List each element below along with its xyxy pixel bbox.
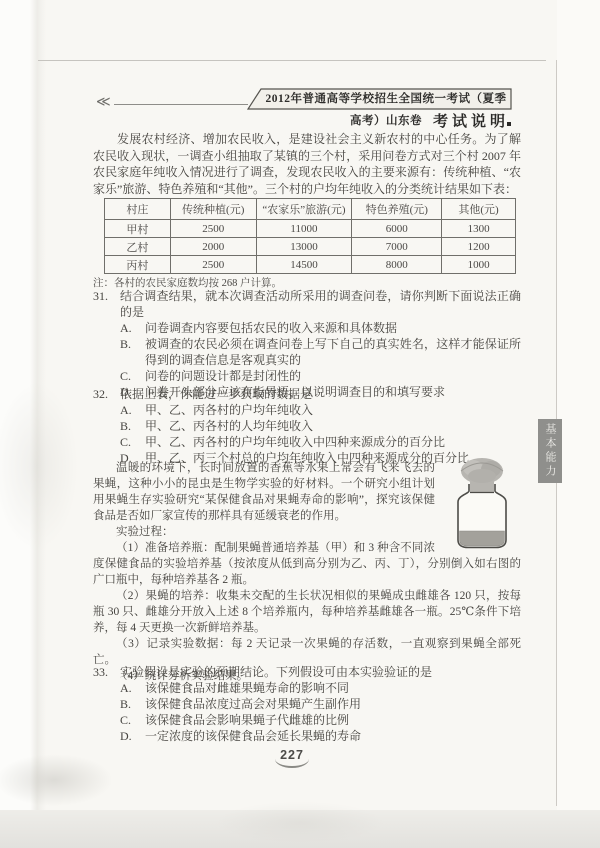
- option-row: A. 问卷调查内容要包括农民的收入来源和具体数据: [93, 320, 521, 336]
- option-row: B. 该保健食品浓度过高会对果蝇产生副作用: [93, 696, 521, 712]
- section-title-dot: [507, 122, 511, 126]
- page-top-edge-line: [38, 60, 546, 61]
- option-row: A. 该保健食品对雌雄果蝇寿命的影响不同: [93, 680, 521, 696]
- option-row: B. 被调查的农民必须在调查问卷上写下自己的真实姓名，这样才能保证所得到的调查信…: [93, 336, 521, 368]
- option-text: 该保健食品对雌雄果蝇寿命的影响不同: [145, 681, 349, 695]
- option-label: A.: [120, 402, 132, 418]
- table-cell: 2000: [170, 238, 256, 256]
- bottom-scan-shadow: [0, 810, 600, 848]
- option-label: C.: [120, 434, 131, 450]
- option-row: C. 该保健食品会影响果蝇子代雌雄的比例: [93, 712, 521, 728]
- option-text: 问卷的问题设计都是封闭性的: [145, 369, 301, 383]
- question-stem-text: 结合调查结果，就本次调查活动所采用的调查问卷，请你判断下面说法正确的是: [120, 289, 521, 319]
- option-row: C. 问卷的问题设计都是封闭性的: [93, 368, 521, 384]
- option-text: 该保健食品浓度过高会对果蝇产生副作用: [145, 697, 361, 711]
- question-number: 33.: [93, 664, 108, 680]
- table-header-cell: 村庄: [105, 199, 171, 220]
- option-label: A.: [120, 680, 132, 696]
- question-stem: 33. 实验假设是实验的预期结论。下列假设可由本实验验证的是: [93, 664, 521, 680]
- table-row: 乙村 2000 13000 7000 1200: [105, 238, 516, 256]
- table-header-cell: 其他(元): [442, 199, 516, 220]
- question-stem-text: 依据上表，你能进一步获取的数据是: [120, 387, 312, 401]
- option-row: A. 甲、乙、丙各村的户均年纯收入: [93, 402, 521, 418]
- question-32: 32. 依据上表，你能进一步获取的数据是 A. 甲、乙、丙各村的户均年纯收入 B…: [93, 386, 521, 466]
- option-row: B. 甲、乙、丙各村的人均年纯收入: [93, 418, 521, 434]
- option-text: 甲、乙、丙各村的人均年纯收入: [145, 419, 313, 433]
- table-cell: 6000: [352, 220, 442, 238]
- table-cell: 2500: [170, 256, 256, 274]
- option-text: 一定浓度的该保健食品会延长果蝇的寿命: [145, 729, 361, 743]
- option-row: D. 一定浓度的该保健食品会延长果蝇的寿命: [93, 728, 521, 744]
- option-text: 甲、乙、丙各村的户均年纯收入中四种来源成分的百分比: [145, 435, 445, 449]
- table-cell: 1300: [442, 220, 516, 238]
- income-table: 村庄 传统种植(元) “农家乐”旅游(元) 特色养殖(元) 其他(元) 甲村 2…: [104, 198, 516, 274]
- double-chevron-icon: ≪: [96, 94, 111, 111]
- table-row: 丙村 2500 14500 8000 1000: [105, 256, 516, 274]
- question-31: 31. 结合调查结果，就本次调查活动所采用的调查问卷，请你判断下面说法正确的是 …: [93, 288, 521, 400]
- table-header-cell: 传统种植(元): [170, 199, 256, 220]
- experiment-section: 温暖的环境下，长时间放置的香蕉等水果上常会有飞来飞去的果蝇，这种小小的昆虫是生物…: [93, 460, 521, 684]
- option-label: B.: [120, 696, 131, 712]
- table-cell: 乙村: [105, 238, 171, 256]
- page-number: 227: [258, 748, 326, 768]
- basic-ability-side-tab: 基本能力: [538, 419, 562, 483]
- culture-bottle-illustration: [443, 456, 521, 548]
- question-stem: 31. 结合调查结果，就本次调查活动所采用的调查问卷，请你判断下面说法正确的是: [93, 288, 521, 320]
- option-label: A.: [120, 320, 132, 336]
- table-cell: 丙村: [105, 256, 171, 274]
- option-label: B.: [120, 336, 131, 352]
- wide-mouth-bottle-icon: [443, 456, 521, 550]
- option-text: 甲、乙、丙各村的户均年纯收入: [145, 403, 313, 417]
- option-label: B.: [120, 418, 131, 434]
- option-label: C.: [120, 712, 131, 728]
- intro-paragraph: 发展农村经济、增加农民收入，是建设社会主义新农村的中心任务。为了解农民收入现状，…: [93, 131, 521, 197]
- option-row: C. 甲、乙、丙各村的户均年纯收入中四种来源成分的百分比: [93, 434, 521, 450]
- option-label: D.: [120, 728, 132, 744]
- table-header-cell: “农家乐”旅游(元): [256, 199, 352, 220]
- table-cell: 甲村: [105, 220, 171, 238]
- section-title-text: 考试说明: [433, 114, 509, 130]
- table-cell: 7000: [352, 238, 442, 256]
- table-cell: 1200: [442, 238, 516, 256]
- question-number: 31.: [93, 288, 108, 304]
- option-label: C.: [120, 368, 131, 384]
- table-cell: 13000: [256, 238, 352, 256]
- table-cell: 14500: [256, 256, 352, 274]
- table-cell: 2500: [170, 220, 256, 238]
- question-33: 33. 实验假设是实验的预期结论。下列假设可由本实验验证的是 A. 该保健食品对…: [93, 664, 521, 744]
- table-cell: 11000: [256, 220, 352, 238]
- experiment-step: （2）果蝇的培养：收集未交配的生长状况相似的果蝇成虫雌雄各 120 只，按每瓶 …: [93, 588, 521, 636]
- exam-title: 2012年普通高等学校招生全国统一考试（夏季高考）山东卷: [261, 88, 511, 110]
- torn-left-edge: [30, 0, 46, 812]
- option-text: 被调查的农民必须在调查问卷上写下自己的真实姓名，这样才能保证所得到的调查信息是客…: [145, 337, 521, 367]
- question-stem-text: 实验假设是实验的预期结论。下列假设可由本实验验证的是: [120, 665, 432, 679]
- option-text: 问卷调查内容要包括农民的收入来源和具体数据: [145, 321, 397, 335]
- section-title: 考试说明: [247, 110, 511, 131]
- exam-title-box: 2012年普通高等学校招生全国统一考试（夏季高考）山东卷: [247, 88, 512, 110]
- option-text: 该保健食品会影响果蝇子代雌雄的比例: [145, 713, 349, 727]
- table-cell: 8000: [352, 256, 442, 274]
- table-cell: 1000: [442, 256, 516, 274]
- header-rule: [114, 104, 248, 105]
- question-number: 32.: [93, 386, 108, 402]
- table-header-cell: 特色养殖(元): [352, 199, 442, 220]
- table-header-row: 村庄 传统种植(元) “农家乐”旅游(元) 特色养殖(元) 其他(元): [105, 199, 516, 220]
- table-row: 甲村 2500 11000 6000 1300: [105, 220, 516, 238]
- page-number-text: 227: [280, 748, 304, 762]
- question-stem: 32. 依据上表，你能进一步获取的数据是: [93, 386, 521, 402]
